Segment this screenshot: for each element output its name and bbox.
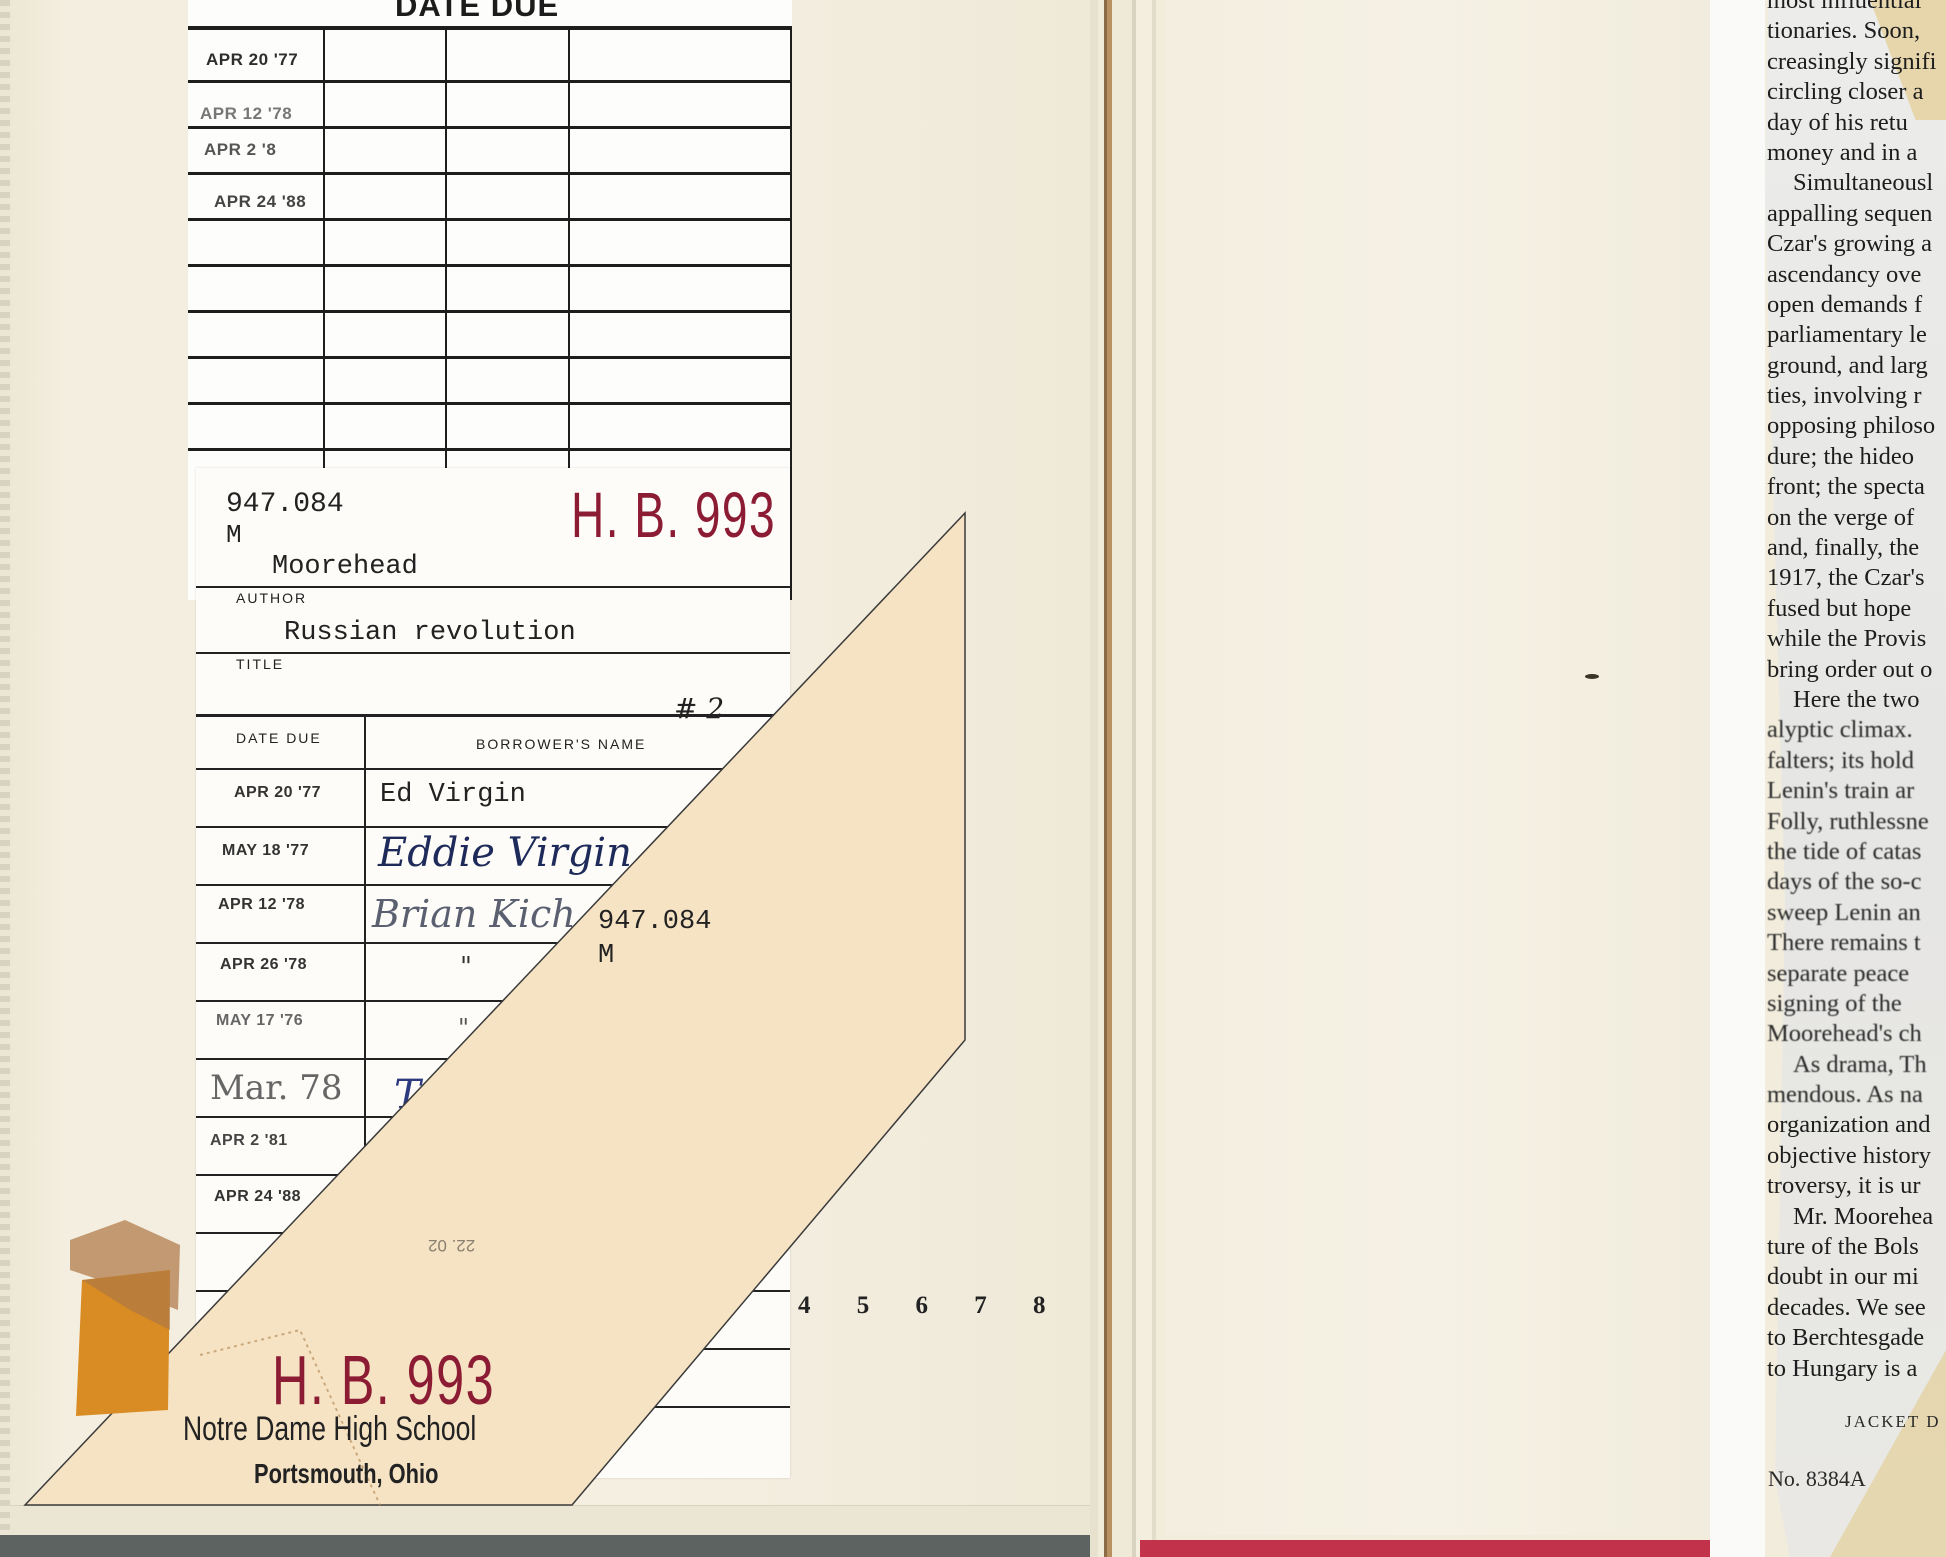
loan-date: APR 2 '81	[210, 1132, 288, 1150]
jacket-text-line: dure; the hideo	[1767, 442, 1946, 472]
jacket-text-line: to Berchtesgade	[1767, 1323, 1946, 1353]
jacket-text-line: mendous. As na	[1767, 1080, 1946, 1110]
jacket-text-line: days of the so-c	[1767, 867, 1946, 897]
jacket-credit: JACKET D	[1845, 1412, 1941, 1432]
scanner-background	[0, 1535, 1120, 1557]
printed-numbers: 4 5 6 7 8	[798, 1292, 1066, 1320]
jacket-text-line: ascendancy ove	[1767, 260, 1946, 290]
tape-scrap	[70, 1220, 182, 1420]
stamped-date: APR 24 '88	[214, 192, 306, 212]
school-city: Portsmouth, Ohio	[254, 1458, 438, 1490]
slip-rule	[188, 80, 792, 83]
jacket-text-line: Czar's growing a	[1767, 229, 1946, 259]
jacket-text-line: creasingly signifi	[1767, 47, 1946, 77]
jacket-text-line: ture of the Bols	[1767, 1232, 1946, 1262]
row-rule	[196, 1058, 790, 1060]
stamped-date: APR 12 '78	[200, 104, 292, 124]
library-book-card: 947.084 M H. B. 993 Moorehead AUTHOR Rus…	[196, 468, 790, 1478]
jacket-text-line: signing of the	[1767, 989, 1946, 1019]
row-rule	[196, 884, 790, 886]
page-blemish	[1585, 674, 1599, 679]
hb-number: H. B. 993	[571, 478, 776, 552]
jacket-text-line: the tide of catas	[1767, 837, 1946, 867]
loan-date: Mar. 78	[210, 1068, 342, 1108]
jacket-text-line: money and in a	[1767, 138, 1946, 168]
borrower-name: "	[458, 1014, 469, 1042]
row-rule	[196, 768, 790, 770]
loan-date: MAY 18 '77	[222, 842, 309, 860]
board-edge	[10, 1505, 1090, 1536]
slip-rule	[188, 26, 792, 30]
jacket-text-line: while the Provis	[1767, 624, 1946, 654]
jacket-text-line: Here the two	[1767, 685, 1946, 715]
jacket-text-line: most influential	[1767, 0, 1946, 16]
jacket-fold	[1710, 0, 1765, 1557]
slip-column	[790, 28, 792, 600]
jacket-text-line: Lenin's train ar	[1767, 776, 1946, 806]
jacket-text-line: day of his retu	[1767, 108, 1946, 138]
book-spine-gutter	[1090, 0, 1165, 1557]
jacket-text-line: ties, involving r	[1767, 381, 1946, 411]
jacket-text-line: separate peace	[1767, 959, 1946, 989]
jacket-text-line: Simultaneousl	[1767, 168, 1946, 198]
jacket-text-line: As drama, Th	[1767, 1050, 1946, 1080]
slip-rule	[188, 356, 792, 359]
slip-rule	[188, 264, 792, 267]
pocket-call-number-value: 947.084	[598, 905, 711, 939]
jacket-text-line: 1917, the Czar's	[1767, 563, 1946, 593]
slip-rule	[188, 310, 792, 313]
row-rule	[196, 1000, 790, 1002]
slip-rule	[188, 218, 792, 221]
jacket-text-line: front; the specta	[1767, 472, 1946, 502]
slip-rule	[188, 402, 792, 405]
author-rule	[196, 586, 790, 588]
jacket-text-line: Folly, ruthlessne	[1767, 807, 1946, 837]
red-cover-edge	[1140, 1540, 1710, 1557]
title-label: TITLE	[236, 656, 284, 672]
row-rule	[196, 1174, 790, 1176]
jacket-text-line: organization and	[1767, 1110, 1946, 1140]
stamped-date: APR 20 '77	[206, 50, 298, 70]
pocket-call-number: 947.084 M	[598, 905, 711, 973]
jacket-text-line: Mr. Moorehea	[1767, 1202, 1946, 1232]
cover-edge	[0, 0, 10, 1557]
jacket-text-line: appalling sequen	[1767, 199, 1946, 229]
pocket-cutter: M	[598, 939, 711, 973]
borrower-name: T	[394, 1072, 421, 1118]
copy-number: # 2	[674, 692, 724, 725]
row-rule	[196, 1116, 790, 1118]
header-rule	[196, 714, 790, 717]
jacket-text-line: opposing philoso	[1767, 411, 1946, 441]
loan-date: APR 12 '78	[218, 896, 305, 914]
stamped-date: APR 2 '8	[204, 140, 276, 160]
borrower-header: BORROWER'S NAME	[476, 736, 646, 752]
author-label: AUTHOR	[236, 590, 307, 606]
loan-date: APR 20 '77	[234, 784, 321, 802]
school-name: Notre Dame High School	[183, 1410, 476, 1449]
date-due-title: DATE DUE	[395, 0, 559, 24]
slip-rule	[188, 172, 792, 175]
jacket-text-line: sweep Lenin an	[1767, 898, 1946, 928]
pocket-hb-number: H. B. 993	[272, 1340, 495, 1420]
row-rule	[196, 1232, 790, 1234]
jacket-text-line: tionaries. Soon,	[1767, 16, 1946, 46]
jacket-catalog-number: No. 8384A	[1768, 1466, 1866, 1492]
borrower-name: Ed Virgin	[380, 780, 526, 810]
jacket-text-line: on the verge of	[1767, 503, 1946, 533]
jacket-text-line: open demands f	[1767, 290, 1946, 320]
jacket-text-line: decades. We see	[1767, 1293, 1946, 1323]
title-value: Russian revolution	[284, 618, 576, 648]
jacket-text-line: There remains t	[1767, 928, 1946, 958]
title-rule	[196, 652, 790, 654]
loan-date: APR 24 '88	[214, 1188, 301, 1206]
jacket-text-line: falters; its hold	[1767, 746, 1946, 776]
jacket-text-line: and, finally, the	[1767, 533, 1946, 563]
borrower-name: Brian Kich	[372, 892, 576, 936]
jacket-text-line: Moorehead's ch	[1767, 1019, 1946, 1049]
cutter-number: M	[226, 520, 242, 550]
slip-rule	[188, 448, 792, 451]
loan-date: MAY 17 '76	[216, 1012, 303, 1030]
borrower-name: Eddie Virgin	[378, 830, 632, 876]
jacket-text-line: doubt in our mi	[1767, 1262, 1946, 1292]
date-due-header: DATE DUE	[236, 730, 322, 746]
author-value: Moorehead	[272, 552, 418, 582]
jacket-flap-text: most influentialtionaries. Soon,creasing…	[1767, 0, 1946, 1384]
borrower-name: "	[460, 952, 472, 982]
jacket-text-line: alyptic climax.	[1767, 715, 1946, 745]
call-number: 947.084	[226, 490, 344, 520]
jacket-text-line: fused but hope	[1767, 594, 1946, 624]
row-rule	[196, 1290, 790, 1292]
jacket-text-line: troversy, it is ur	[1767, 1171, 1946, 1201]
jacket-text-line: ground, and larg	[1767, 351, 1946, 381]
jacket-text-line: objective history	[1767, 1141, 1946, 1171]
jacket-text-line: bring order out o	[1767, 655, 1946, 685]
loan-date: APR 26 '78	[220, 956, 307, 974]
slip-rule	[188, 126, 792, 129]
row-rule	[196, 826, 790, 828]
jacket-text-line: circling closer a	[1767, 77, 1946, 107]
jacket-text-line: parliamentary le	[1767, 320, 1946, 350]
pocket-faint-stamp: 22. 02	[428, 1235, 475, 1255]
jacket-text-line: to Hungary is a	[1767, 1354, 1946, 1384]
right-blank-page	[1165, 0, 1710, 1535]
